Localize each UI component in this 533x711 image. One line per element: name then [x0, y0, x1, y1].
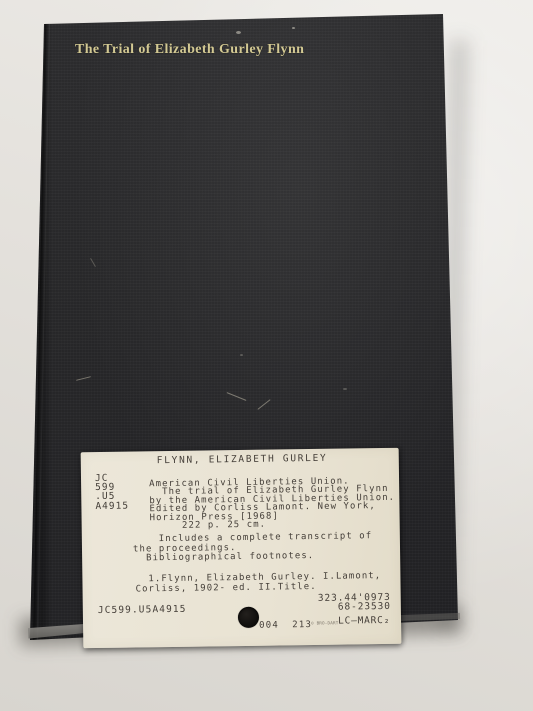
book-title: The Trial of Elizabeth Gurley Flynn	[75, 42, 304, 58]
card-tracings: 1.Flynn, Elizabeth Gurley. I.Lamont, Cor…	[135, 572, 381, 595]
card-copyright-mark: © BRO-DART	[311, 621, 339, 626]
dust-speck	[236, 31, 241, 34]
dust-speck	[240, 354, 243, 356]
card-print-code: 004 213	[259, 620, 312, 631]
cover-scratch	[90, 258, 96, 267]
call-number-line: A4915	[95, 501, 129, 511]
card-call-number: JC 599 .U5 A4915	[95, 474, 129, 511]
card-punch-hole	[238, 607, 259, 628]
card-classification-numbers: 323.44'0973 68-23530	[318, 593, 391, 613]
cover-scratch	[257, 399, 270, 410]
dust-speck	[292, 27, 295, 29]
card-main-entry: American Civil Liberties Union. The tria…	[149, 477, 395, 531]
catalog-card: FLYNN, ELIZABETH GURLEY JC 599 .U5 A4915…	[81, 448, 402, 648]
card-lccn: 68-23530	[318, 602, 391, 612]
cover-scratch	[227, 392, 247, 401]
card-heading: FLYNN, ELIZABETH GURLEY	[157, 453, 328, 466]
card-call-number-bottom: JC599.U5A4915	[98, 604, 187, 616]
card-marc-label: LC—MARC₂	[338, 615, 390, 627]
cover-scratch	[76, 376, 91, 381]
card-note-line: Bibliographical footnotes.	[133, 551, 372, 564]
dust-speck	[343, 388, 347, 390]
book-spine-hinge	[33, 20, 50, 640]
book-photo: The Trial of Elizabeth Gurley Flynn FLYN…	[0, 0, 533, 711]
card-notes: Includes a complete transcript of the pr…	[133, 532, 373, 564]
